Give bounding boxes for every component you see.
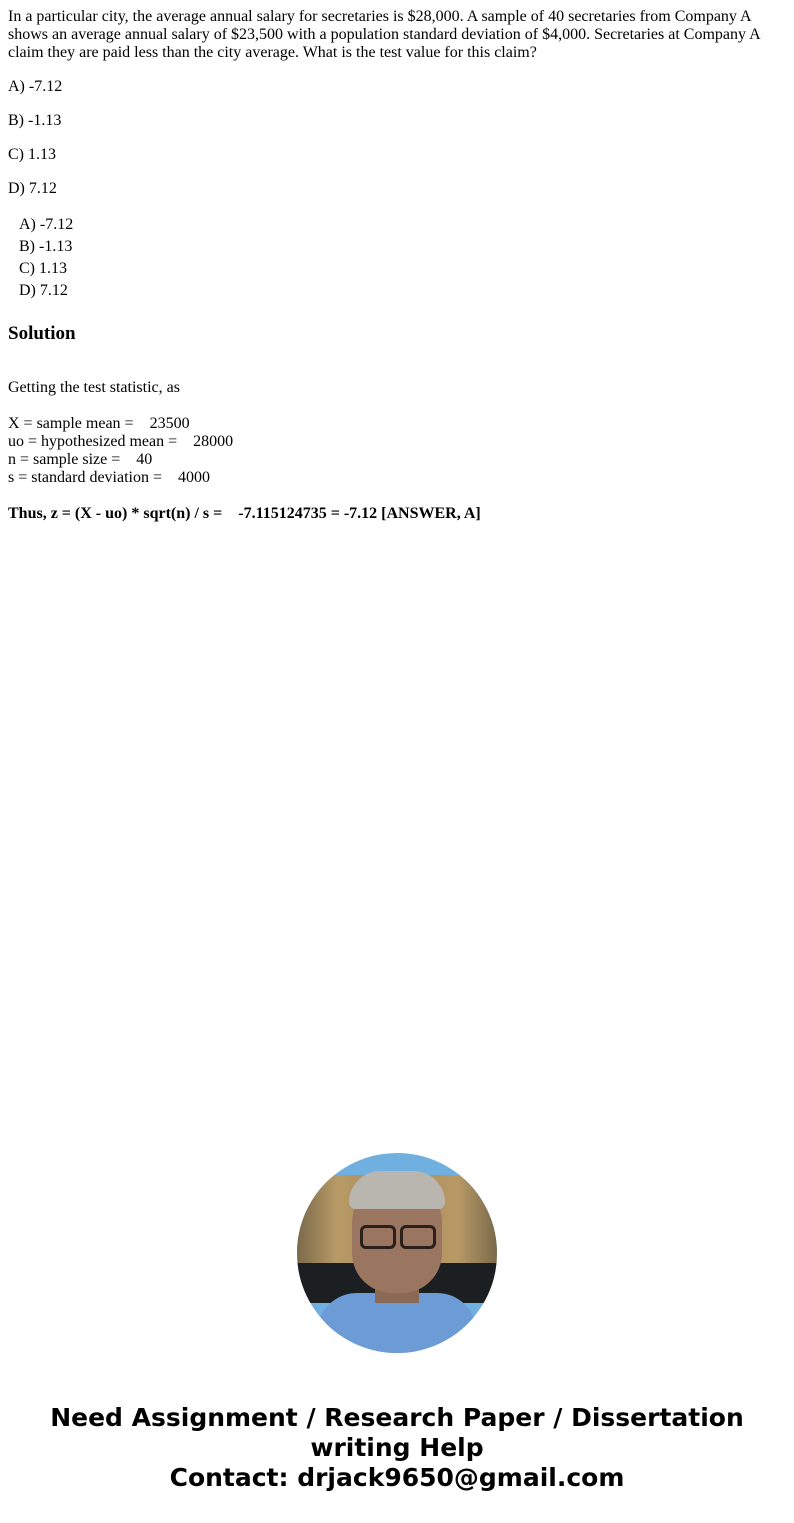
option-paragraph-d: D) 7.12 xyxy=(8,180,778,198)
option-paragraph-a: A) -7.12 xyxy=(8,78,778,96)
question-text: In a particular city, the average annual… xyxy=(8,8,778,62)
tutor-portrait-icon xyxy=(297,1153,497,1353)
solution-heading: Solution xyxy=(8,323,778,345)
solution-result: Thus, z = (X - uo) * sqrt(n) / s = -7.11… xyxy=(8,505,778,523)
option-list-item-c: C) 1.13 xyxy=(19,258,778,280)
variable-sample-mean: X = sample mean = 23500 xyxy=(8,415,778,433)
promo-contact: Contact: drjack9650@gmail.com xyxy=(0,1463,794,1493)
option-list-item-b: B) -1.13 xyxy=(19,236,778,258)
variable-standard-deviation: s = standard deviation = 4000 xyxy=(8,469,778,487)
option-list-item-d: D) 7.12 xyxy=(19,280,778,302)
hair-shape xyxy=(349,1171,445,1209)
solution-intro: Getting the test statistic, as xyxy=(8,379,778,397)
promo-line-1: Need Assignment / Research Paper / Disse… xyxy=(0,1403,794,1433)
promo-line-2: writing Help xyxy=(0,1433,794,1463)
variable-hypothesized-mean: uo = hypothesized mean = 28000 xyxy=(8,433,778,451)
option-paragraph-b: B) -1.13 xyxy=(8,112,778,130)
option-list-item-a: A) -7.12 xyxy=(19,214,778,236)
promo-banner: Need Assignment / Research Paper / Disse… xyxy=(0,1403,794,1493)
variable-sample-size: n = sample size = 40 xyxy=(8,451,778,469)
option-paragraph-c: C) 1.13 xyxy=(8,146,778,164)
document-content: In a particular city, the average annual… xyxy=(8,8,778,523)
glasses-right-icon xyxy=(400,1225,436,1249)
solution-variables: X = sample mean = 23500 uo = hypothesize… xyxy=(8,415,778,487)
options-list: A) -7.12 B) -1.13 C) 1.13 D) 7.12 xyxy=(8,214,778,302)
glasses-left-icon xyxy=(360,1225,396,1249)
